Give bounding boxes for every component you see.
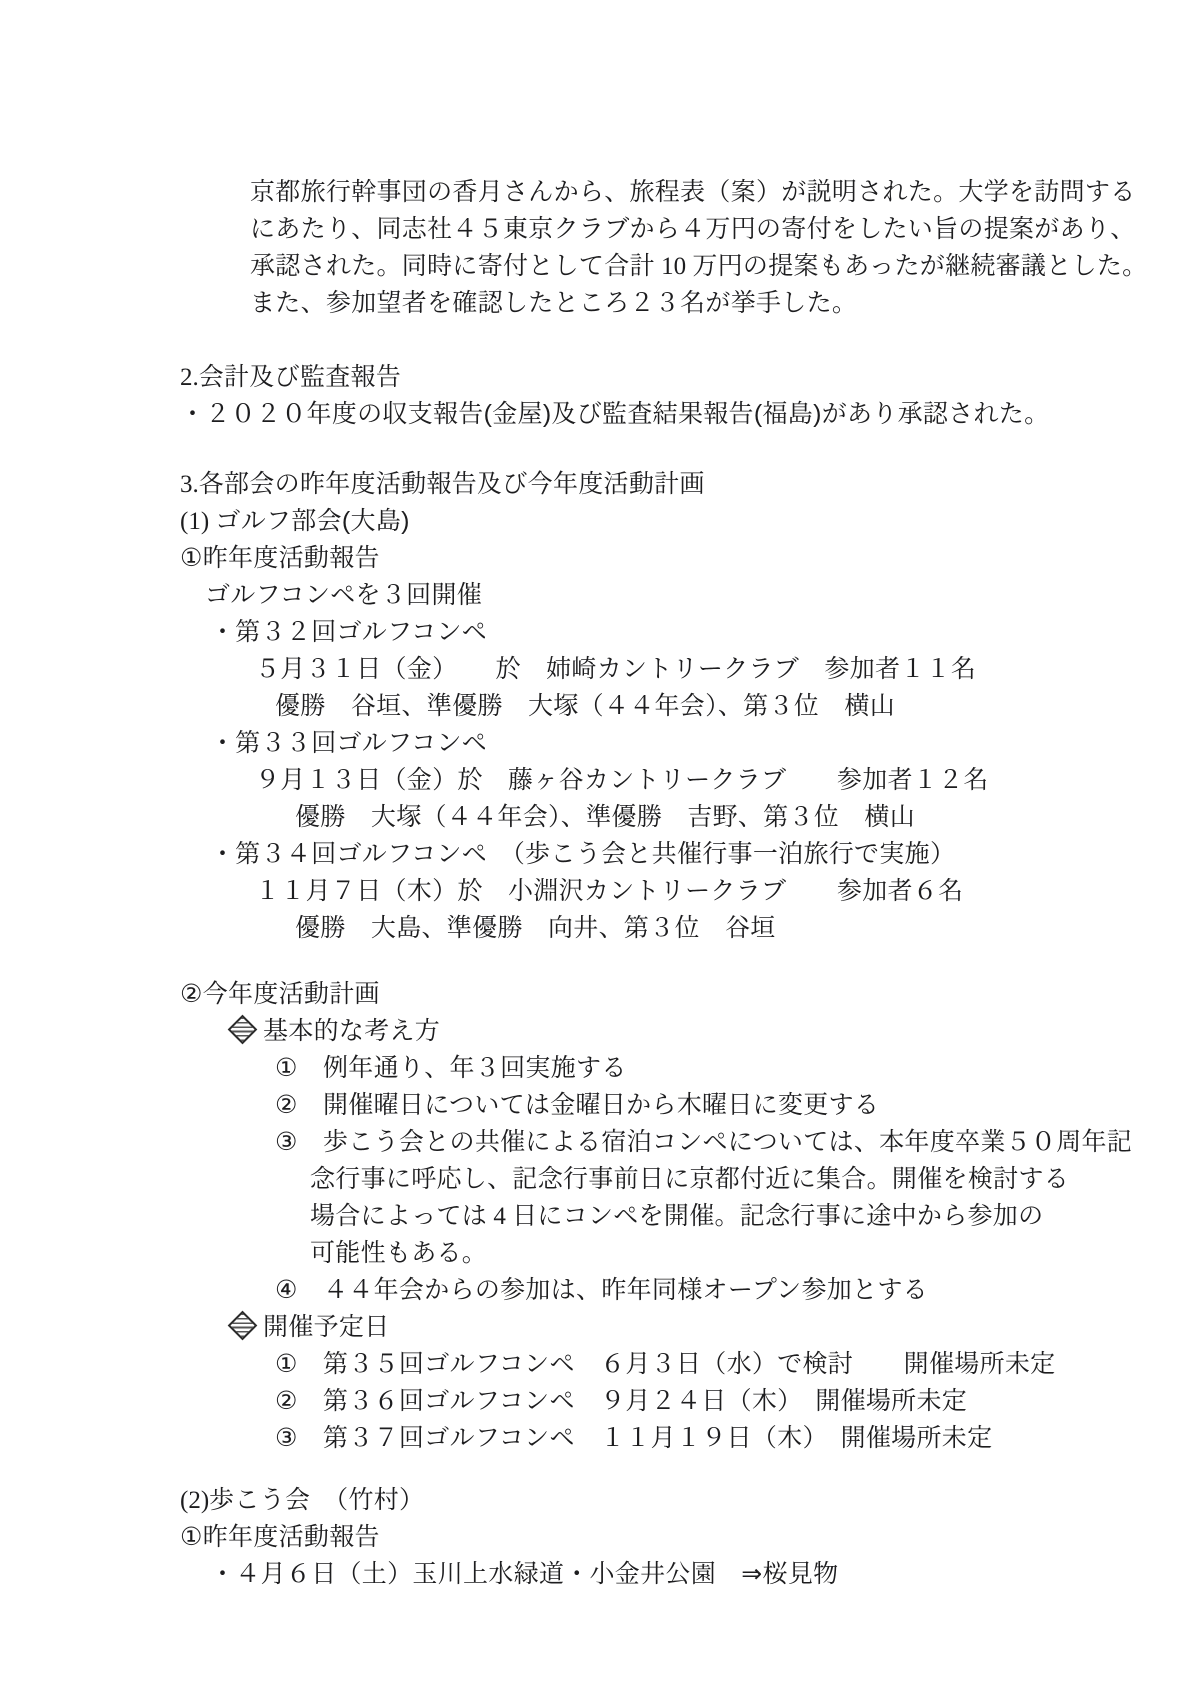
text-line: ③ 歩こう会との共催による宿泊コンペについては、本年度卒業５０周年記 [275, 1124, 1200, 1161]
text-line: 優勝 大塚（４４年会）、準優勝 吉野、第３位 横山 [295, 799, 1200, 836]
text-line: 2.会計及び監査報告 [180, 359, 1200, 396]
text-segment: ③ 歩こう会との共催による宿泊コンペについては、本年度卒業５０周年記 [275, 1128, 1132, 1156]
text-segment: 会計及び監査報告 [199, 363, 401, 391]
text-line: にあたり、同志社４５東京クラブから４万円の寄付をしたい旨の提案があり、 [250, 211, 1200, 248]
text-segment: ④ ４４年会からの参加は、昨年同様オープン参加とする [275, 1276, 928, 1304]
text-segment: 各部会の昨年度活動報告及び今年度活動計画 [199, 470, 705, 498]
text-segment: 歩こう会 （竹村） [209, 1486, 424, 1514]
text-segment: 基本的な考え方 [263, 1017, 440, 1045]
serif-text-segment: 3. [180, 471, 199, 498]
text-segment: 場合によっては [310, 1202, 487, 1230]
text-line: ・４月６日（土）玉川上水緑道・小金井公園 ⇒桜見物 [210, 1556, 1200, 1593]
text-line: 3.各部会の昨年度活動報告及び今年度活動計画 [180, 466, 1200, 503]
text-line: ・第３３回ゴルフコンペ [210, 725, 1200, 762]
section-golf-club-last-year-report: 3.各部会の昨年度活動報告及び今年度活動計画(1) ゴルフ部会(大島)①昨年度活… [0, 466, 1200, 947]
text-line: ③ 第３７回ゴルフコンペ １１月１９日（木） 開催場所未定 [275, 1420, 1200, 1457]
text-segment: ② 第３６回ゴルフコンペ ９月２４日（木） 開催場所未定 [275, 1387, 967, 1415]
serif-text-segment: (2) [180, 1487, 209, 1514]
text-line: (1) ゴルフ部会(大島) [180, 503, 1200, 540]
text-line: ９月１３日（金）於 藤ヶ谷カントリークラブ 参加者１２名 [255, 762, 1200, 799]
text-segment: ・４月６日（土）玉川上水緑道・小金井公園 ⇒桜見物 [210, 1560, 838, 1588]
text-line: ①昨年度活動報告 [180, 540, 1200, 577]
text-segment: ②今年度活動計画 [180, 980, 380, 1008]
text-line: ・第３２回ゴルフコンペ [210, 614, 1200, 651]
text-segment: 開催予定日 [263, 1313, 390, 1341]
text-segment: ・第３３回ゴルフコンペ [210, 729, 487, 757]
text-line: (2)歩こう会 （竹村） [180, 1482, 1200, 1519]
serif-text-segment: 10 [655, 253, 693, 280]
text-line: 基本的な考え方 [230, 1013, 1200, 1050]
intro-paragraph: 京都旅行幹事団の香月さんから、旅程表（案）が説明された。大学を訪問するにあたり、… [0, 174, 1200, 322]
serif-text-segment: 2. [180, 364, 199, 391]
text-line: ① 例年通り、年３回実施する [275, 1050, 1200, 1087]
text-line: 可能性もある。 [310, 1235, 1200, 1272]
text-line: ②今年度活動計画 [180, 976, 1200, 1013]
text-segment: ・２０２０年度の収支報告(金屋)及び監査結果報告(福島)があり承認された。 [180, 400, 1049, 428]
text-line: 開催予定日 [230, 1309, 1200, 1346]
text-line: ゴルフコンペを３回開催 [205, 577, 1200, 614]
text-segment: にあたり、同志社４５東京クラブから４万円の寄付をしたい旨の提案があり、 [250, 215, 1136, 243]
text-segment: 優勝 大塚（４４年会）、準優勝 吉野、第３位 横山 [295, 803, 915, 831]
text-line: ② 第３６回ゴルフコンペ ９月２４日（木） 開催場所未定 [275, 1383, 1200, 1420]
text-line: ④ ４４年会からの参加は、昨年同様オープン参加とする [275, 1272, 1200, 1309]
text-line: 場合によっては 4 日にコンペを開催。記念行事に途中から参加の [310, 1198, 1200, 1235]
text-segment: ② 開催曜日については金曜日から木曜日に変更する [275, 1091, 879, 1119]
text-segment: 日にコンペを開催。記念行事に途中から参加の [512, 1202, 1043, 1230]
text-segment: 優勝 谷垣、準優勝 大塚（４４年会）、第３位 横山 [275, 692, 895, 720]
text-segment: また、参加望者を確認したところ２３名が挙手した。 [250, 289, 857, 317]
section-golf-club-this-year-plan: ②今年度活動計画基本的な考え方① 例年通り、年３回実施する② 開催曜日については… [0, 976, 1200, 1457]
text-segment: 京都旅行幹事団の香月さんから、旅程表（案）が説明された。大学を訪問する [250, 178, 1136, 206]
text-line: 念行事に呼応し、記念行事前日に京都付近に集合。開催を検討する [310, 1161, 1200, 1198]
text-line: ① 第３５回ゴルフコンペ ６月３日（水）で検討 開催場所未定 [275, 1346, 1200, 1383]
text-segment: ① 例年通り、年３回実施する [275, 1054, 627, 1082]
text-segment: １１月７日（木）於 小淵沢カントリークラブ 参加者６名 [255, 877, 963, 905]
text-line: また、参加望者を確認したところ２３名が挙手した。 [250, 285, 1200, 322]
text-segment: ③ 第３７回ゴルフコンペ １１月１９日（木） 開催場所未定 [275, 1424, 992, 1452]
text-line: ② 開催曜日については金曜日から木曜日に変更する [275, 1087, 1200, 1124]
text-line: ・２０２０年度の収支報告(金屋)及び監査結果報告(福島)があり承認された。 [180, 396, 1200, 433]
section-walking-club: (2)歩こう会 （竹村）①昨年度活動報告・４月６日（土）玉川上水緑道・小金井公園… [0, 1482, 1200, 1593]
text-segment: ① 第３５回ゴルフコンペ ６月３日（水）で検討 開催場所未定 [275, 1350, 1055, 1378]
text-segment: 可能性もある。 [310, 1239, 487, 1267]
section-accounting-audit-report: 2.会計及び監査報告・２０２０年度の収支報告(金屋)及び監査結果報告(福島)があ… [0, 359, 1200, 433]
text-line: ・第３４回ゴルフコンペ （歩こう会と共催行事一泊旅行で実施） [210, 836, 1200, 873]
serif-text-segment: 4 [487, 1203, 512, 1230]
text-segment: ・第３４回ゴルフコンペ （歩こう会と共催行事一泊旅行で実施） [210, 840, 955, 868]
text-line: 承認された。同時に寄付として合計 10 万円の提案もあったが継続審議とした。 [250, 248, 1200, 285]
diamond-bullet-icon [228, 1015, 258, 1045]
diamond-bullet-icon [228, 1311, 258, 1341]
text-line: ５月３１日（金） 於 姉崎カントリークラブ 参加者１１名 [255, 651, 1200, 688]
text-line: ①昨年度活動報告 [180, 1519, 1200, 1556]
text-line: １１月７日（木）於 小淵沢カントリークラブ 参加者６名 [255, 873, 1200, 910]
text-segment: 優勝 大島、準優勝 向井、第３位 谷垣 [295, 914, 776, 942]
text-segment: ①昨年度活動報告 [180, 1523, 380, 1551]
text-segment: ゴルフコンペを３回開催 [205, 581, 482, 609]
document-page: 京都旅行幹事団の香月さんから、旅程表（案）が説明された。大学を訪問するにあたり、… [0, 0, 1200, 1698]
text-segment: ゴルフ部会(大島) [215, 507, 409, 535]
text-segment: ①昨年度活動報告 [180, 544, 380, 572]
text-segment: ・第３２回ゴルフコンペ [210, 618, 487, 646]
text-segment: 承認された。同時に寄付として合計 [250, 252, 655, 280]
text-line: 京都旅行幹事団の香月さんから、旅程表（案）が説明された。大学を訪問する [250, 174, 1200, 211]
text-segment: 万円の提案もあったが継続審議とした。 [692, 252, 1147, 280]
text-segment: ５月３１日（金） 於 姉崎カントリークラブ 参加者１１名 [255, 655, 976, 683]
text-segment: ９月１３日（金）於 藤ヶ谷カントリークラブ 参加者１２名 [255, 766, 989, 794]
serif-text-segment: (1) [180, 508, 215, 535]
text-segment: 念行事に呼応し、記念行事前日に京都付近に集合。開催を検討する [310, 1165, 1069, 1193]
text-line: 優勝 大島、準優勝 向井、第３位 谷垣 [295, 910, 1200, 947]
text-line: 優勝 谷垣、準優勝 大塚（４４年会）、第３位 横山 [275, 688, 1200, 725]
